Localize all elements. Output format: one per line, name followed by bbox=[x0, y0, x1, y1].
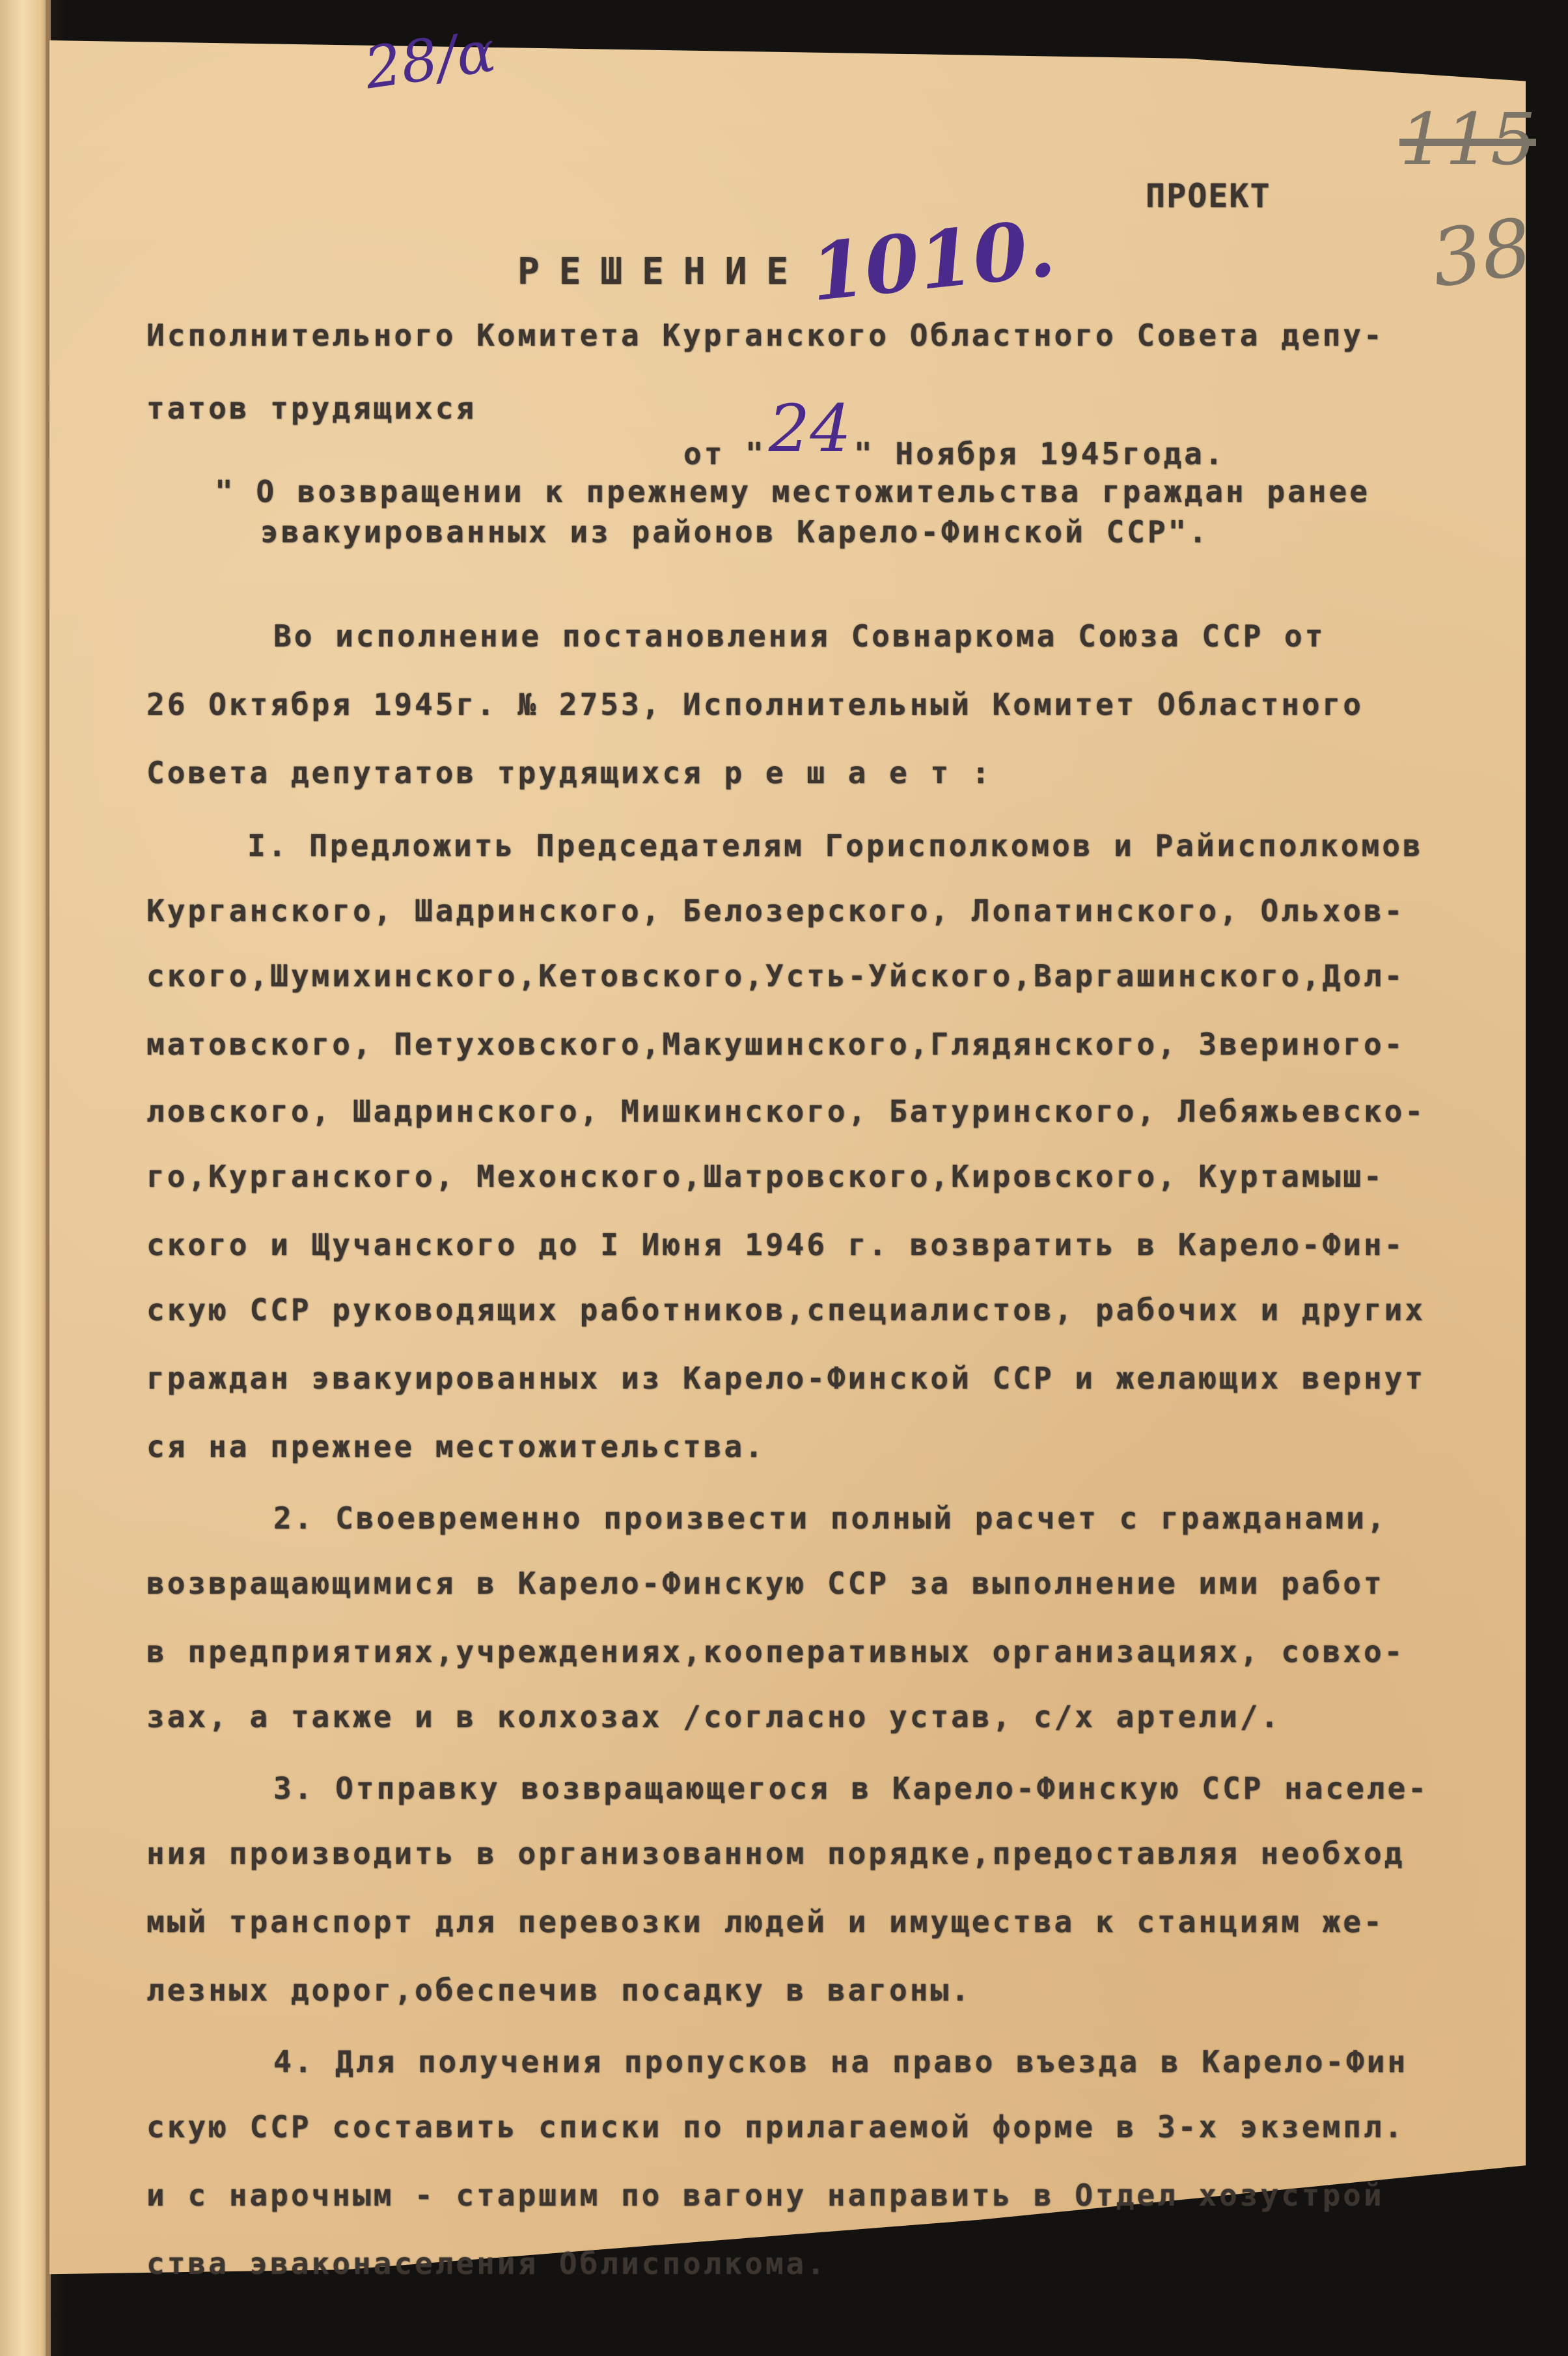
item-1-line-7: ского и Щучанского до I Июня 1946 г. воз… bbox=[146, 1227, 1405, 1262]
item-4-line-4: ства эваконаселения Облисполкома. bbox=[146, 2246, 827, 2281]
item-1-line-4: матовского, Петуховского,Макушинского,Гл… bbox=[146, 1027, 1405, 1062]
preamble-line-3: Совета депутатов трудящихся р е ш а е т … bbox=[146, 755, 992, 790]
preamble-line-1: Во исполнение постановления Совнаркома С… bbox=[273, 618, 1325, 654]
item-1-line-8: скую ССР руководящих работников,специали… bbox=[146, 1292, 1425, 1327]
item-4-line-1: 4. Для получения пропусков на право въез… bbox=[273, 2044, 1408, 2079]
date-suffix: " Ноября 1945года. bbox=[854, 436, 1226, 471]
date-prefix: от " bbox=[683, 436, 766, 471]
item-3-line-2: ния производить в организованном порядке… bbox=[146, 1836, 1405, 1871]
item-4-line-3: и с нарочным - старшим по вагону направи… bbox=[146, 2178, 1384, 2213]
item-1-line-9: граждан эвакуированных из Карело-Финской… bbox=[146, 1361, 1425, 1396]
binding-edge bbox=[0, 0, 51, 2356]
item-1-line-6: го,Курганского, Мехонского,Шатровского,К… bbox=[146, 1159, 1384, 1194]
item-4-line-2: скую ССР составить списки по прилагаемой… bbox=[146, 2109, 1405, 2144]
document-date: от " 24 " Ноября 1945года. bbox=[683, 404, 1226, 480]
item-2-line-4: зах, а также и в колхозах /согласно уста… bbox=[146, 1699, 1281, 1734]
item-1-line-1: I. Предложить Председателям Горисполкомо… bbox=[247, 828, 1424, 863]
issuer-line-2: татов трудящихся bbox=[146, 391, 476, 426]
preamble-line-2: 26 Октября 1945г. № 2753, Исполнительный… bbox=[146, 687, 1364, 722]
subject-line-2: эвакуированных из районов Карело-Финской… bbox=[260, 514, 1209, 549]
item-1-line-3: ского,Шумихинского,Кетовского,Усть-Уйско… bbox=[146, 958, 1405, 993]
item-1-line-5: ловского, Шадринского, Мишкинского, Бату… bbox=[146, 1094, 1425, 1129]
document-title: РЕШЕНИЕ bbox=[517, 251, 808, 293]
draft-label: ПРОЕКТ bbox=[1146, 177, 1271, 215]
item-3-line-1: 3. Отправку возвращающегося в Карело-Фин… bbox=[273, 1771, 1429, 1806]
item-2-line-1: 2. Своевременно произвести полный расчет… bbox=[273, 1501, 1388, 1536]
item-3-line-3: мый транспорт для перевозки людей и имущ… bbox=[146, 1904, 1384, 1939]
item-2-line-3: в предприятиях,учреждениях,кооперативных… bbox=[146, 1634, 1405, 1669]
item-1-line-2: Курганского, Шадринского, Белозерского, … bbox=[146, 893, 1405, 928]
item-1-line-10: ся на прежнее местожительства. bbox=[146, 1429, 765, 1464]
issuer-line-1: Исполнительного Комитета Курганского Обл… bbox=[146, 318, 1384, 353]
item-2-line-2: возвращающимися в Карело-Финскую ССР за … bbox=[146, 1566, 1384, 1601]
sheet-number: 38 bbox=[1426, 202, 1537, 305]
subject-line-1: " О возвращении к прежнему местожительст… bbox=[215, 474, 1370, 509]
date-day: 24 bbox=[769, 391, 851, 467]
sheet-number-crossed: 115 bbox=[1399, 98, 1536, 181]
item-3-line-4: лезных дорог,обеспечив посадку в вагоны. bbox=[146, 1973, 972, 2008]
